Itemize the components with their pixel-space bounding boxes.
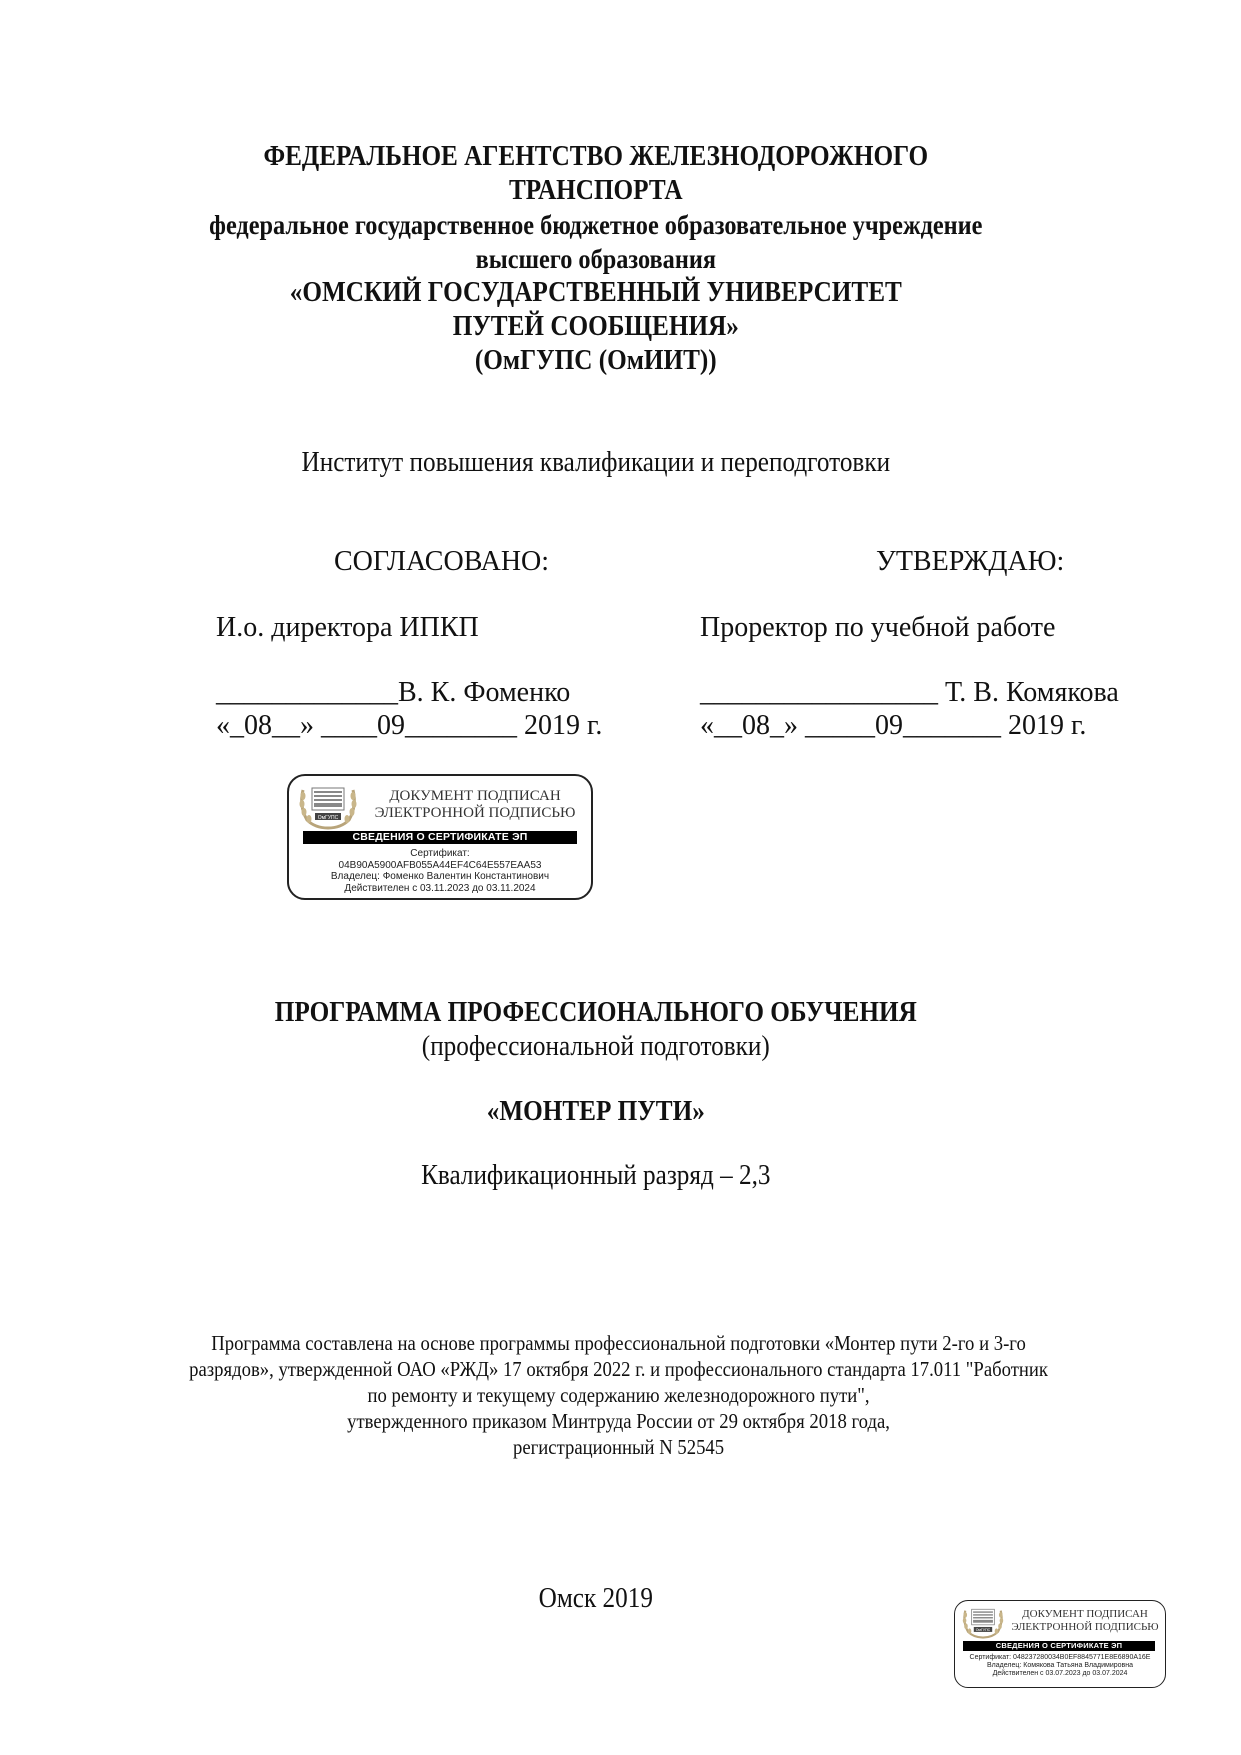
certificate-owner: Владелец: Фоменко Валентин Константинови… [289, 871, 591, 883]
agreed-date-line: «_08__» ____09________ 2019 г. [216, 709, 602, 743]
certificate-owner: Владелец: Комякова Татьяна Владимировна [955, 1662, 1165, 1670]
certificate-label: Сертификат: [289, 848, 591, 860]
institute-name: Институт повышения квалификации и перепо… [0, 446, 1192, 480]
stamp-title-line1: ДОКУМЕНТ ПОДПИСАН [1007, 1608, 1163, 1621]
header-line-university-name-cont: ПУТЕЙ СООБЩЕНИЯ» [0, 310, 1192, 344]
basis-line: по ремонту и текущему содержанию железно… [0, 1382, 1237, 1408]
basis-line: утвержденного приказом Минтруда России о… [0, 1408, 1237, 1434]
program-block: ПРОГРАММА ПРОФЕССИОНАЛЬНОГО ОБУЧЕНИЯ (пр… [0, 996, 1192, 1193]
certificate-number: Сертификат: 048237280034B0EF8845771E8E68… [955, 1654, 1165, 1662]
stamp-signed-title: ДОКУМЕНТ ПОДПИСАН ЭЛЕКТРОННОЙ ПОДПИСЬЮ [365, 788, 585, 823]
stamp-certificate-bar: СВЕДЕНИЯ О СЕРТИФИКАТЕ ЭП [963, 1641, 1155, 1651]
program-subtitle: (профессиональной подготовки) [0, 1030, 1192, 1064]
stamp-certificate-bar: СВЕДЕНИЯ О СЕРТИФИКАТЕ ЭП [303, 831, 577, 844]
svg-text:ОмГУПС: ОмГУПС [318, 815, 339, 821]
approved-date-line: «__08_» _____09_______ 2019 г. [700, 709, 1086, 743]
approved-label: УТВЕРЖДАЮ: [876, 545, 1064, 579]
stamp-certificate-info: Сертификат: 04B90A5900AFB055A44EF4C64E55… [289, 848, 591, 894]
header-line-institution-type: федеральное государственное бюджетное об… [0, 208, 1192, 242]
stamp-title-line2: ЭЛЕКТРОННОЙ ПОДПИСЬЮ [1007, 1621, 1163, 1634]
certificate-number: 04B90A5900AFB055A44EF4C64E557EAA53 [289, 860, 591, 872]
certificate-validity: Действителен с 03.11.2023 до 03.11.2024 [289, 883, 591, 895]
qualification-grade: Квалификационный разряд – 2,3 [0, 1159, 1192, 1193]
stamp-certificate-info: Сертификат: 048237280034B0EF8845771E8E68… [955, 1654, 1165, 1678]
basis-line: Программа составлена на основе программы… [0, 1330, 1237, 1356]
header-line-agency: ФЕДЕРАЛЬНОЕ АГЕНТСТВО ЖЕЛЕЗНОДОРОЖНОГО [0, 140, 1192, 174]
header-line-university-name: «ОМСКИЙ ГОСУДАРСТВЕННЫЙ УНИВЕРСИТЕТ [0, 276, 1192, 310]
omgups-logo-icon: ОмГУПС [297, 782, 359, 830]
e-signature-stamp-fomenko: ОмГУПС ДОКУМЕНТ ПОДПИСАН ЭЛЕКТРОННОЙ ПОД… [287, 774, 593, 900]
svg-text:ОмГУПС: ОмГУПС [976, 1628, 991, 1632]
stamp-title-line1: ДОКУМЕНТ ПОДПИСАН [365, 788, 585, 805]
basis-line: регистрационный N 52545 [0, 1434, 1237, 1460]
agreed-position: И.о. директора ИПКП [216, 611, 479, 645]
program-basis: Программа составлена на основе программы… [0, 1330, 1237, 1460]
organization-header: ФЕДЕРАЛЬНОЕ АГЕНТСТВО ЖЕЛЕЗНОДОРОЖНОГО Т… [0, 140, 1192, 378]
approved-signature-line: _________________ Т. В. Комякова [700, 676, 1119, 710]
approved-position: Проректор по учебной работе [700, 611, 1055, 645]
header-line-transport: ТРАНСПОРТА [0, 174, 1192, 208]
certificate-validity: Действителен с 03.07.2023 до 03.07.2024 [955, 1670, 1165, 1678]
program-title: ПРОГРАММА ПРОФЕССИОНАЛЬНОГО ОБУЧЕНИЯ [0, 996, 1192, 1030]
stamp-signed-title: ДОКУМЕНТ ПОДПИСАН ЭЛЕКТРОННОЙ ПОДПИСЬЮ [1007, 1608, 1163, 1633]
agreed-signature-line: _____________В. К. Фоменко [216, 676, 570, 710]
agreed-label: СОГЛАСОВАНО: [334, 545, 549, 579]
stamp-title-line2: ЭЛЕКТРОННОЙ ПОДПИСЬЮ [365, 805, 585, 822]
program-name: «МОНТЕР ПУТИ» [0, 1095, 1192, 1129]
omgups-logo-icon: ОмГУПС [961, 1605, 1005, 1639]
basis-line: разрядов», утвержденной ОАО «РЖД» 17 окт… [0, 1356, 1237, 1382]
header-line-education-level: высшего образования [0, 242, 1192, 276]
header-line-abbreviation: (ОмГУПС (ОмИИТ)) [0, 344, 1192, 378]
e-signature-stamp-komyakova: ОмГУПС ДОКУМЕНТ ПОДПИСАН ЭЛЕКТРОННОЙ ПОД… [954, 1600, 1166, 1688]
document-page: ФЕДЕРАЛЬНОЕ АГЕНТСТВО ЖЕЛЕЗНОДОРОЖНОГО Т… [0, 0, 1241, 1755]
